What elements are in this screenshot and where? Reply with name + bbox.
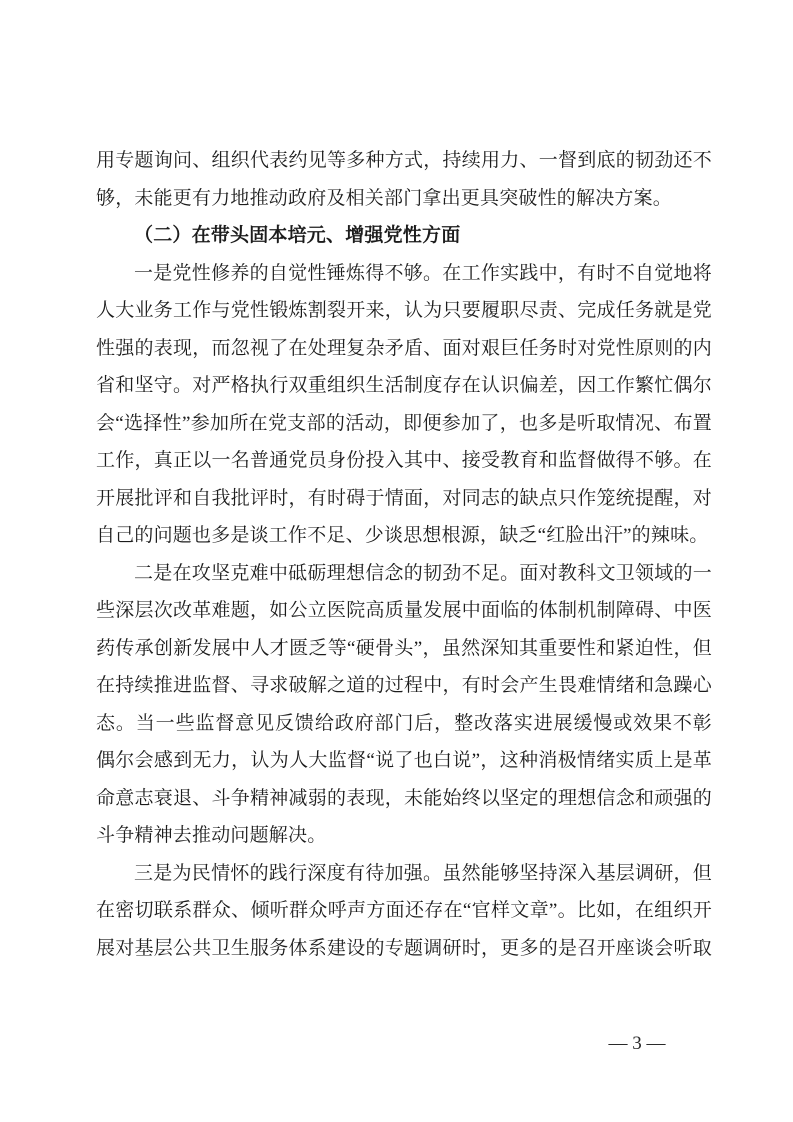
text-line: 性强的表现，而忽视了在处理复杂矛盾、面对艰巨任务时对党性原则的内 xyxy=(96,330,712,368)
text-line: 开展批评和自我批评时，有时碍于情面，对同志的缺点只作笼统提醒，对 xyxy=(96,480,712,518)
text-line: 药传承创新发展中人才匮乏等“硬骨头”，虽然深知其重要性和紧迫性，但 xyxy=(96,630,712,668)
page-number: — 3 — xyxy=(594,1025,680,1062)
text-line: 用专题询问、组织代表约见等多种方式，持续用力、一督到底的韧劲还不 xyxy=(96,142,712,180)
text-line: 二是在攻坚克难中砥砺理想信念的韧劲不足。面对教科文卫领域的一 xyxy=(96,555,712,593)
text-line: 会“选择性”参加所在党支部的活动，即便参加了，也多是听取情况、布置 xyxy=(96,405,712,443)
text-line: 一是党性修养的自觉性锤炼得不够。在工作实践中，有时不自觉地将 xyxy=(96,255,712,293)
text-line: 偶尔会感到无力，认为人大监督“说了也白说”，这种消极情绪实质上是革 xyxy=(96,742,712,780)
text-line: 些深层次改革难题，如公立医院高质量发展中面临的体制机制障碍、中医 xyxy=(96,592,712,630)
text-line: 斗争精神去推动问题解决。 xyxy=(96,817,712,855)
text-line: 人大业务工作与党性锻炼割裂开来，认为只要履职尽责、完成任务就是党 xyxy=(96,292,712,330)
text-line: 自己的问题也多是谈工作不足、少谈思想根源，缺乏“红脸出汗”的辣味。 xyxy=(96,517,712,555)
text-line: 工作，真正以一名普通党员身份投入其中、接受教育和监督做得不够。在 xyxy=(96,442,712,480)
text-line: 在密切联系群众、倾听群众呼声方面还存在“官样文章”。比如，在组织开 xyxy=(96,892,712,930)
document-page: 用专题询问、组织代表约见等多种方式，持续用力、一督到底的韧劲还不 够，未能更有力… xyxy=(0,0,793,1122)
text-line: 在持续推进监督、寻求破解之道的过程中，有时会产生畏难情绪和急躁心 xyxy=(96,667,712,705)
text-line: 态。当一些监督意见反馈给政府部门后，整改落实进展缓慢或效果不彰时， xyxy=(96,705,712,743)
section-heading: （二）在带头固本培元、增强党性方面 xyxy=(96,217,712,255)
text-line: 三是为民情怀的践行深度有待加强。虽然能够坚持深入基层调研，但 xyxy=(96,855,712,893)
text-line: 展对基层公共卫生服务体系建设的专题调研时，更多的是召开座谈会听取 xyxy=(96,930,712,968)
text-line: 命意志衰退、斗争精神减弱的表现，未能始终以坚定的理想信念和顽强的 xyxy=(96,780,712,818)
document-body: 用专题询问、组织代表约见等多种方式，持续用力、一督到底的韧劲还不 够，未能更有力… xyxy=(96,142,712,967)
text-line: 省和坚守。对严格执行双重组织生活制度存在认识偏差，因工作繁忙偶尔 xyxy=(96,367,712,405)
text-line: 够，未能更有力地推动政府及相关部门拿出更具突破性的解决方案。 xyxy=(96,180,712,218)
